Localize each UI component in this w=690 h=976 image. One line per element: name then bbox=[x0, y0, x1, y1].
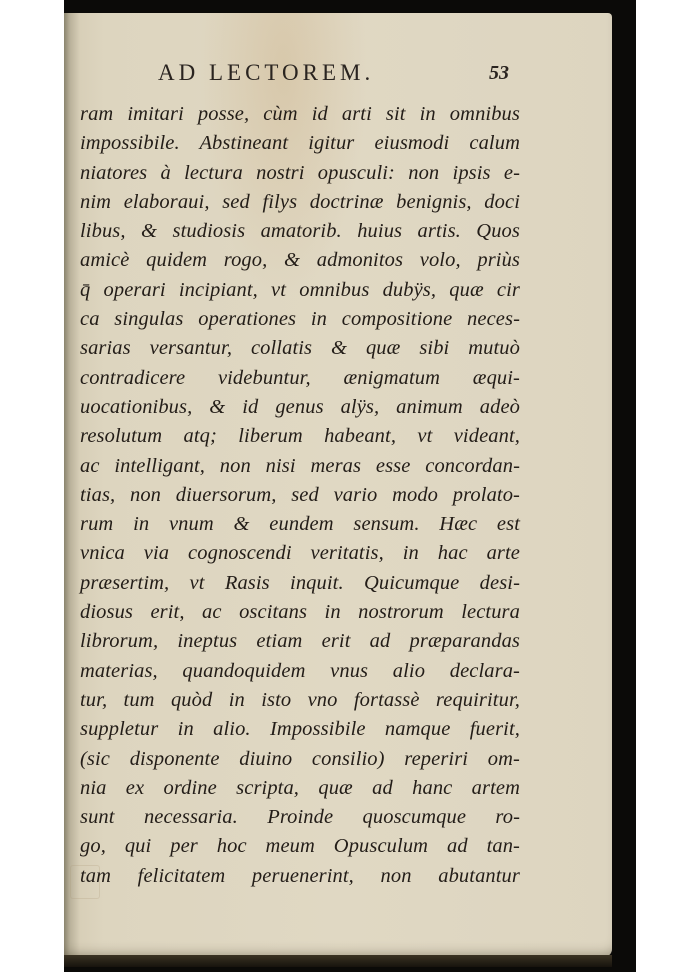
text-line: niatores à lectura nostri opusculi: non … bbox=[80, 159, 520, 188]
text-line: præsertim, vt Rasis inquit. Quicumque de… bbox=[80, 569, 520, 598]
text-line: ram imitari posse, cùm id arti sit in om… bbox=[80, 100, 520, 129]
text-line: diosus erit, ac oscitans in nostrorum le… bbox=[80, 598, 520, 627]
text-line: impossibile. Abstineant igitur eiusmodi … bbox=[80, 129, 520, 158]
text-line: vnica via cognoscendi veritatis, in hac … bbox=[80, 539, 520, 568]
text-line: uocationibus, & id genus alÿs, animum ad… bbox=[80, 393, 520, 422]
text-line: nia ex ordine scripta, quæ ad hanc artem bbox=[80, 774, 520, 803]
text-line: tur, tum quòd in isto vno fortassè requi… bbox=[80, 686, 520, 715]
text-line: resolutum atq; liberum habeant, vt videa… bbox=[80, 422, 520, 451]
text-line: suppletur in alio. Impossibile namque fu… bbox=[80, 715, 520, 744]
text-line: rum in vnum & eundem sensum. Hæc est bbox=[80, 510, 520, 539]
text-line: libus, & studiosis amatorib. huius artis… bbox=[80, 217, 520, 246]
text-line: materias, quandoquidem vnus alio declara… bbox=[80, 657, 520, 686]
body-text: ram imitari posse, cùm id arti sit in om… bbox=[80, 100, 520, 891]
text-line: sarias versantur, collatis & quæ sibi mu… bbox=[80, 334, 520, 363]
page-number: 53 bbox=[489, 62, 509, 85]
text-line: contradicere videbuntur, ænigmatum æqui- bbox=[80, 364, 520, 393]
text-line: ac intelligant, non nisi meras esse conc… bbox=[80, 452, 520, 481]
page-bottom-edge bbox=[64, 955, 612, 967]
text-line: tam felicitatem peruenerint, non abutant… bbox=[80, 862, 520, 891]
text-line: q̄ operari incipiant, vt omnibus dubÿs, … bbox=[80, 276, 520, 305]
text-line: go, qui per hoc meum Opusculum ad tan- bbox=[80, 832, 520, 861]
text-line: nim elaboraui, sed filys doctrinæ benign… bbox=[80, 188, 520, 217]
text-line: ca singulas operationes in compositione … bbox=[80, 305, 520, 334]
text-line: tias, non diuersorum, sed vario modo pro… bbox=[80, 481, 520, 510]
running-head: AD LECTOREM. bbox=[158, 60, 374, 86]
text-line: amicè quidem rogo, & admonitos volo, pri… bbox=[80, 246, 520, 275]
text-line: sunt necessaria. Proinde quoscumque ro- bbox=[80, 803, 520, 832]
text-line: (sic disponente diuino consilio) reperir… bbox=[80, 745, 520, 774]
text-line: librorum, ineptus etiam erit ad præparan… bbox=[80, 627, 520, 656]
